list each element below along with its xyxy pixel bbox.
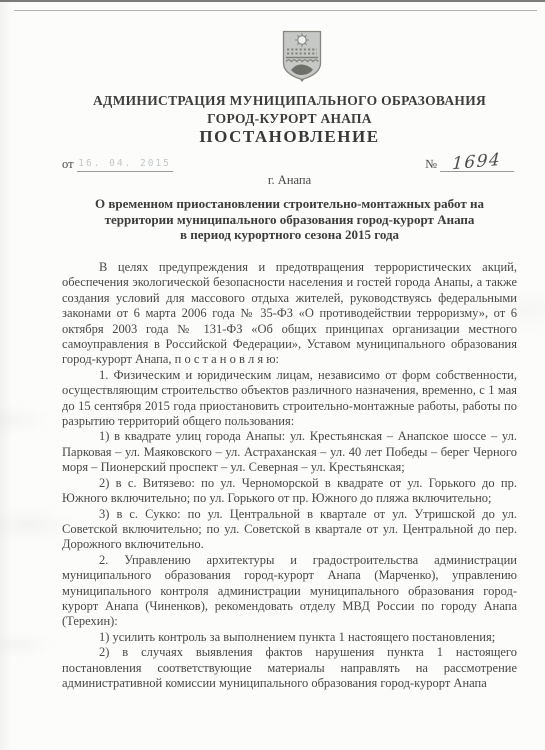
date-field: от16. 04. 2015: [62, 155, 173, 172]
scanned-document-page: АДМИНИСТРАЦИЯ МУНИЦИПАЛЬНОГО ОБРАЗОВАНИЯ…: [0, 0, 545, 750]
date-number-row: от16. 04. 2015 №1694: [62, 152, 514, 172]
date-underline: 16. 04. 2015: [77, 155, 173, 172]
org-line-1: АДМИНИСТРАЦИЯ МУНИЦИПАЛЬНОГО ОБРАЗОВАНИЯ: [62, 92, 517, 110]
city-line: г. Анапа: [62, 173, 517, 188]
document-title: О временном приостановлении строительно-…: [62, 196, 517, 243]
number-field: №1694: [425, 152, 514, 172]
title-line-3: в период курортного сезона 2015 года: [62, 227, 517, 243]
paragraph-preamble: В целях предупреждения и предотвращения …: [62, 260, 517, 368]
title-line-2: территории муниципального образования го…: [62, 212, 517, 228]
paragraph-subpoint-1-1: 1) в квадрате улиц города Анапы: ул. Кре…: [62, 429, 517, 475]
date-stamp: 16. 04. 2015: [78, 158, 171, 169]
anapa-coat-of-arms-icon: [281, 30, 323, 82]
document-number-handwritten: 1694: [452, 150, 502, 174]
paragraph-subpoint-1-2: 2) в с. Витязево: по ул. Черноморской в …: [62, 476, 517, 507]
scan-top-edge: [0, 0, 545, 2]
paragraph-subpoint-1-3: 3) в с. Сукко: по ул. Центральной в квар…: [62, 507, 517, 553]
document-type-heading: ПОСТАНОВЛЕНИЕ: [62, 127, 517, 147]
date-label: от: [62, 157, 74, 172]
paragraph-subpoint-2-1: 1) усилить контроль за выполнением пункт…: [62, 630, 517, 645]
header-rule: [14, 10, 537, 11]
paragraph-point-1: 1. Физическим и юридическим лицам, незав…: [62, 368, 517, 430]
org-line-2: ГОРОД-КУРОРТ АНАПА: [62, 110, 517, 128]
title-line-1: О временном приостановлении строительно-…: [62, 196, 517, 212]
paragraph-subpoint-2-2: 2) в случаях выявления фактов нарушения …: [62, 645, 517, 691]
number-label: №: [425, 157, 437, 172]
organization-name: АДМИНИСТРАЦИЯ МУНИЦИПАЛЬНОГО ОБРАЗОВАНИЯ…: [62, 92, 517, 128]
number-underline: 1694: [440, 152, 514, 172]
paragraph-point-2: 2. Управлению архитектуры и градостроите…: [62, 553, 517, 630]
document-body: В целях предупреждения и предотвращения …: [62, 260, 517, 691]
